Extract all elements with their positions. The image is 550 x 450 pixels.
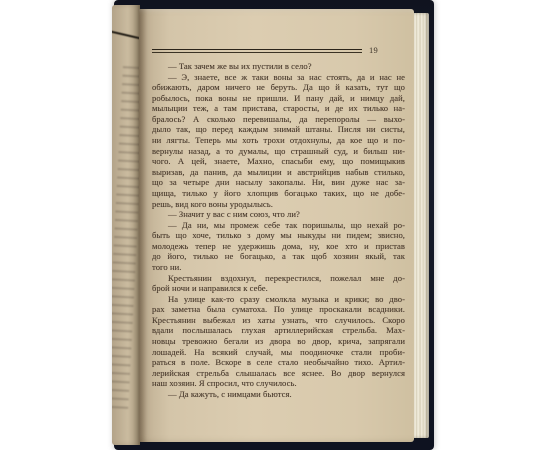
book-page: 19 — Так зачем же вы их пустили в село?—… [139,9,414,442]
paragraph: — Да ни, мы промеж себе так поришылы, що… [152,220,405,273]
text-line: щища, тилько у його хлопцив богацько так… [152,188,405,199]
text-line: брой ночи и направился к себе. [152,283,405,294]
text-line: — Да кажуть, с нимцами бьются. [152,389,405,400]
text-line: наш хозяин. Я спросил, что случилось. [152,378,405,389]
text-line: быть що хоче, тилько з дому мы ныкуды ни… [152,230,405,241]
text-line: — Э, знаете, все ж таки воны за нас стоя… [152,72,405,83]
text-line: выризав, да панив, да мылиции и австрийц… [152,167,405,178]
blurred-text-lines [112,63,140,416]
header-double-rule [152,49,362,53]
text-line: лерийская стрельба слышалась все яснее. … [152,368,405,379]
text-line: ни лягты. Теперь мы хоть трохи отдохнулы… [152,135,405,146]
paragraph: Крестьянин вздохнул, перекрестился, поже… [152,273,405,294]
paragraph: На улице как-то сразу смолкла музыка и к… [152,294,405,389]
page-fore-edge [414,13,429,438]
paragraph: — Значит у вас с ним союз, что ли? [152,209,405,220]
text-line: до його, тилько не богацько, а так щоб х… [152,251,405,262]
text-line: Крестьянин выбежал из хаты узнать, что с… [152,315,405,326]
text-line: новцы тревожно бегали из двора во двор, … [152,336,405,347]
text-line: обижають, даром ничего не беруть. Да що … [152,82,405,93]
paragraph: — Э, знаете, все ж таки воны за нас стоя… [152,72,405,210]
text-line: Крестьянин вздохнул, перекрестился, поже… [152,273,405,284]
text-line: раться в поле. Вскоре в селе стало необы… [152,357,405,368]
text-line: молодежь тепер не удержишь дома, ну, кое… [152,241,405,252]
text-line: — Так зачем же вы их пустили в село? [152,61,405,72]
text-line: На улице как-то сразу смолкла музыка и к… [152,294,405,305]
text-line: того ни. [152,262,405,273]
page-header: 19 [152,46,405,55]
book-photo: 19 — Так зачем же вы их пустили в село?—… [0,0,550,450]
text-line: мылыции теж, а там пристава, старосты, и… [152,103,405,114]
previous-page-header-rule [112,30,140,42]
text-line: робылось, пока воны не пришли. И пану да… [152,93,405,104]
text-line: решь, вид кого воны уродылысь. [152,199,405,210]
text-line: дыло так, що перед каждым знимай штаны. … [152,124,405,135]
text-line: що за четыре дни насылу закопалы. Ни, ви… [152,177,405,188]
paragraph: — Да кажуть, с нимцами бьются. [152,389,405,400]
page-content: 19 — Так зачем же вы их пустили в село?—… [139,9,414,442]
paragraph: — Так зачем же вы их пустили в село? [152,61,405,72]
text-line: бралось? А сколько перевишалы, да перепо… [152,114,405,125]
text-block: — Так зачем же вы их пустили в село?— Э,… [152,61,405,400]
text-line: чого. А цей, знаете, Махно, спасыби ему,… [152,156,405,167]
previous-page-edge [112,5,140,445]
text-line: вдали послышалась глухая артиллерийская … [152,325,405,336]
text-line: — Значит у вас с ним союз, что ли? [152,209,405,220]
text-line: рах заметна была суматоха. По улице прос… [152,304,405,315]
page-number: 19 [369,46,378,55]
text-line: — Да ни, мы промеж себе так поришылы, що… [152,220,405,231]
text-line: вернулы назад, а то думалы, що страшный … [152,146,405,157]
text-line: лошадей. На всякий случай, мы поодиночке… [152,347,405,358]
